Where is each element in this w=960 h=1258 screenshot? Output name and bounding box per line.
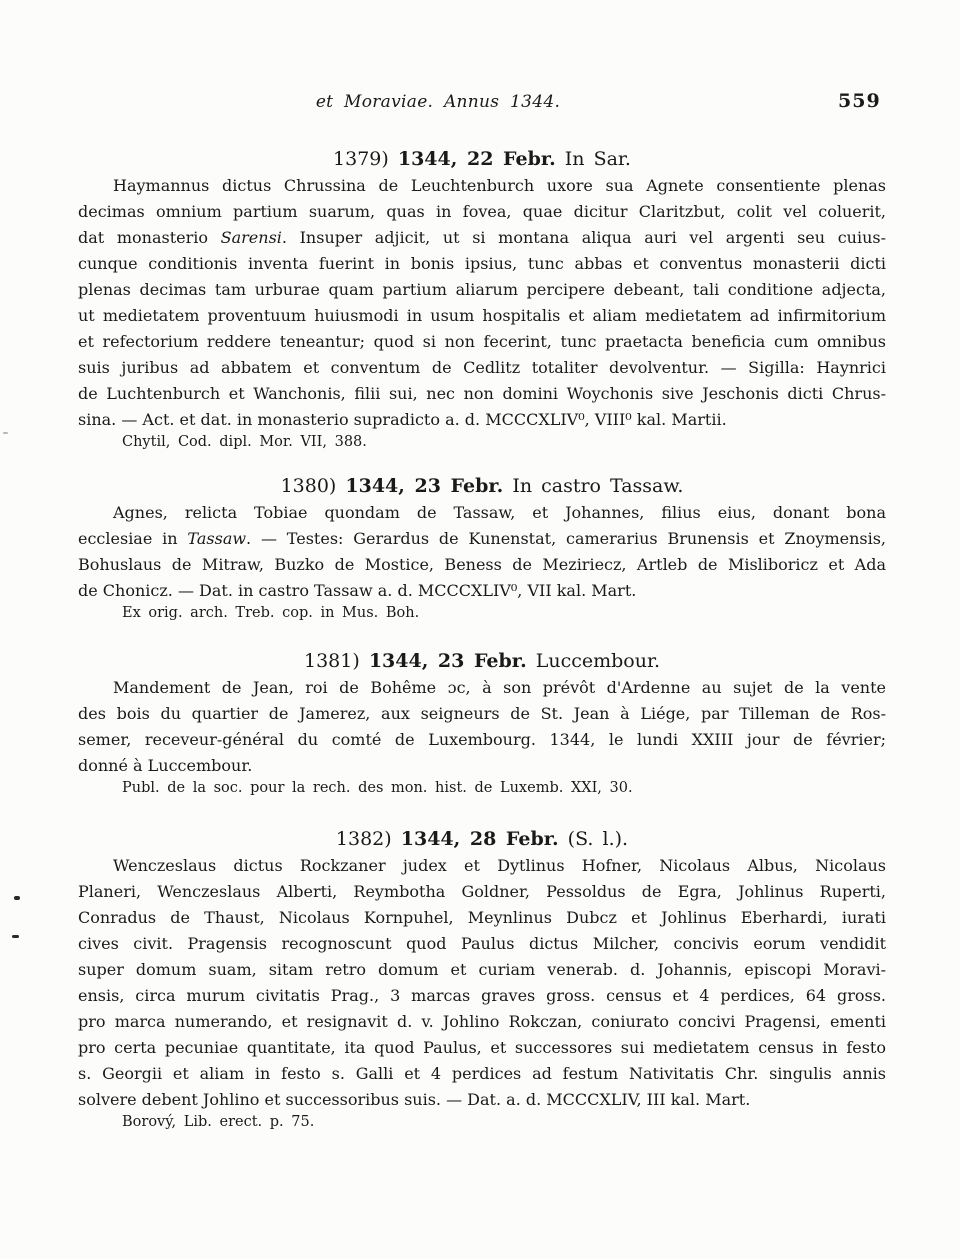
entry-citation: Publ. de la soc. pour la rech. des mon. … xyxy=(122,779,886,798)
entry-body: Wenczeslaus dictus Rockzaner judex et Dy… xyxy=(78,853,886,1113)
entry-number: 1382) xyxy=(336,828,392,850)
entry-date: 1344, 23 Febr. xyxy=(345,475,503,497)
entry-place: In Sar. xyxy=(565,148,631,170)
entry-citation: Ex orig. arch. Treb. cop. in Mus. Boh. xyxy=(122,604,886,623)
entry-citation: Borový, Lib. erect. p. 75. xyxy=(122,1113,886,1132)
text-line: Mandement de Jean, roi de Bohême ɔc, à s… xyxy=(78,675,886,701)
page-number: 559 xyxy=(838,90,881,112)
text-line: de Luchtenburch et Wanchonis, filii sui,… xyxy=(78,381,886,407)
entry-number: 1380) xyxy=(281,475,337,497)
entry-number: 1381) xyxy=(304,650,360,672)
entry-body: Haymannus dictus Chrussina de Leuchtenbu… xyxy=(78,173,886,433)
entry-date: 1344, 23 Febr. xyxy=(369,650,527,672)
text-line: et refectorium reddere teneantur; quod s… xyxy=(78,329,886,355)
entry-heading: 1379) 1344, 22 Febr. In Sar. xyxy=(78,145,886,173)
text-line: s. Georgii et aliam in festo s. Galli et… xyxy=(78,1061,886,1087)
running-header: et Moraviae. Annus 1344. xyxy=(78,92,798,112)
text-line: Bohuslaus de Mitraw, Buzko de Mostice, B… xyxy=(78,552,886,578)
entry-place: Luccembour. xyxy=(536,650,660,672)
document-page: et Moraviae. Annus 1344. 559 1379) 1344,… xyxy=(0,0,960,1258)
entry-1382: 1382) 1344, 28 Febr. (S. l.). Wenczeslau… xyxy=(78,825,886,1132)
entry-place: (S. l.). xyxy=(568,828,628,850)
entry-heading: 1381) 1344, 23 Febr. Luccembour. xyxy=(78,647,886,675)
text-line: cunque conditionis inventa fuerint in bo… xyxy=(78,251,886,277)
text-line: sina. — Act. et dat. in monasterio supra… xyxy=(78,407,886,433)
entry-number: 1379) xyxy=(333,148,389,170)
text-line: des bois du quartier de Jamerez, aux sei… xyxy=(78,701,886,727)
text-line: ut medietatem proventuum huiusmodi in us… xyxy=(78,303,886,329)
entry-1379: 1379) 1344, 22 Febr. In Sar. Haymannus d… xyxy=(78,145,886,452)
text-line: Wenczeslaus dictus Rockzaner judex et Dy… xyxy=(78,853,886,879)
entry-date: 1344, 22 Febr. xyxy=(398,148,556,170)
text-line: Planeri, Wenczeslaus Alberti, Reymbotha … xyxy=(78,879,886,905)
text-line: ensis, circa murum civitatis Prag., 3 ma… xyxy=(78,983,886,1009)
entry-date: 1344, 28 Febr. xyxy=(401,828,559,850)
entry-heading: 1380) 1344, 23 Febr. In castro Tassaw. xyxy=(78,472,886,500)
entry-1381: 1381) 1344, 23 Febr. Luccembour. Mandeme… xyxy=(78,647,886,798)
page-title: et Moraviae. Annus 1344. xyxy=(316,92,560,112)
text-line: plenas decimas tam urburae quam partium … xyxy=(78,277,886,303)
entry-place: In castro Tassaw. xyxy=(512,475,683,497)
entry-body: Agnes, relicta Tobiae quondam de Tassaw,… xyxy=(78,500,886,604)
entry-body: Mandement de Jean, roi de Bohême ɔc, à s… xyxy=(78,675,886,779)
entry-heading: 1382) 1344, 28 Febr. (S. l.). xyxy=(78,825,886,853)
text-line: decimas omnium partium suarum, quas in f… xyxy=(78,199,886,225)
text-line: Agnes, relicta Tobiae quondam de Tassaw,… xyxy=(78,500,886,526)
entry-1380: 1380) 1344, 23 Febr. In castro Tassaw. A… xyxy=(78,472,886,623)
ink-speck xyxy=(12,935,19,938)
text-line: pro marca numerando, et resignavit d. v.… xyxy=(78,1009,886,1035)
text-line: semer, receveur-général du comté de Luxe… xyxy=(78,727,886,753)
ink-speck xyxy=(14,896,20,900)
text-line: dat monasterio Sarensi. Insuper adjicit,… xyxy=(78,225,886,251)
text-line: solvere debent Johlino et successoribus … xyxy=(78,1087,886,1113)
text-line: suis juribus ad abbatem et conventum de … xyxy=(78,355,886,381)
text-line: de Chonicz. — Dat. in castro Tassaw a. d… xyxy=(78,578,886,604)
entry-citation: Chytil, Cod. dipl. Mor. VII, 388. xyxy=(122,433,886,452)
page-content: 1379) 1344, 22 Febr. In Sar. Haymannus d… xyxy=(78,145,886,1132)
text-line: Haymannus dictus Chrussina de Leuchtenbu… xyxy=(78,173,886,199)
text-line: cives civit. Pragensis recognoscunt quod… xyxy=(78,931,886,957)
ink-speck xyxy=(3,432,8,434)
text-line: donné à Luccembour. xyxy=(78,753,886,779)
text-line: super domum suam, sitam retro domum et c… xyxy=(78,957,886,983)
text-line: pro certa pecuniae quantitate, ita quod … xyxy=(78,1035,886,1061)
text-line: Conradus de Thaust, Nicolaus Kornpuhel, … xyxy=(78,905,886,931)
text-line: ecclesiae in Tassaw. — Testes: Gerardus … xyxy=(78,526,886,552)
